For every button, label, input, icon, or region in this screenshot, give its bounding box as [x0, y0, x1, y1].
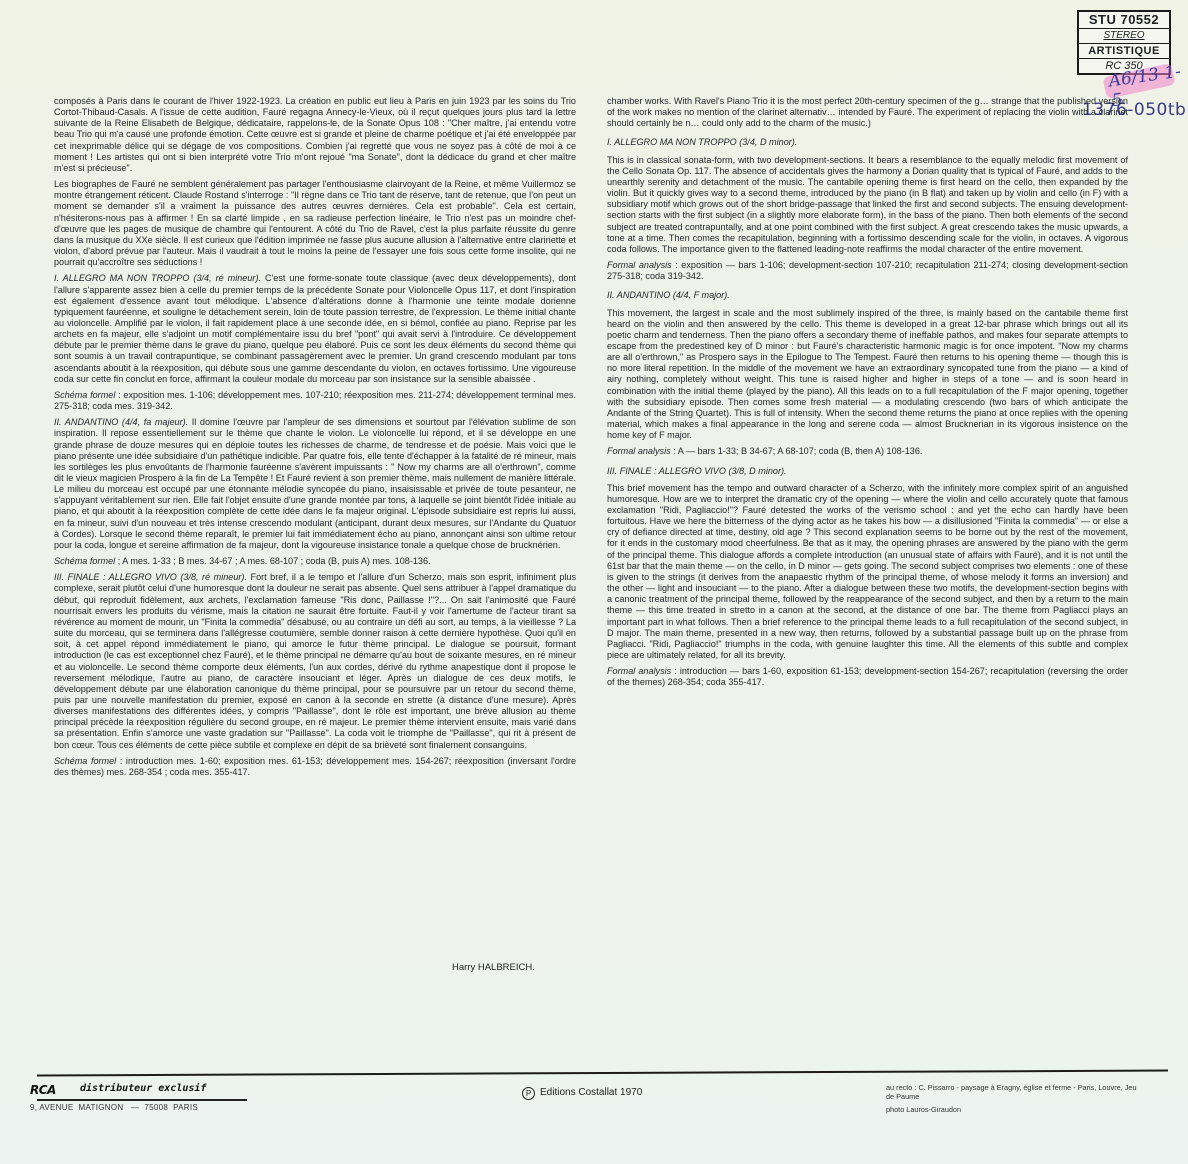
- formal-analysis: Formal analysis : exposition — bars 1-10…: [607, 260, 1128, 282]
- movement-text: This movement, the largest in scale and …: [607, 308, 1128, 442]
- schema-label: Schéma formel: [54, 556, 115, 566]
- movement-2-section: II. ANDANTINO (4/4, fa majeur). Il domin…: [54, 417, 576, 551]
- schema-label: Schéma formel: [54, 756, 116, 766]
- schema-text: : introduction mes. 1-60; exposition mes…: [54, 756, 576, 777]
- movement-text: This is in classical sonata-form, with t…: [607, 155, 1128, 255]
- series-label: ARTISTIQUE: [1079, 44, 1169, 59]
- analysis-label: Formal analysis: [607, 260, 672, 270]
- cover-credit: au recto : C. Pissarro - paysage à Eragn…: [886, 1083, 1146, 1101]
- movement-text: C'est une forme-sonate toute classique (…: [54, 273, 576, 383]
- copyright-notice: PEditions Costallat 1970: [522, 1087, 642, 1100]
- stereo-label: STEREO: [1079, 29, 1169, 44]
- movement-3-section: III. FINALE : ALLEGRO VIVO (3/8, ré mine…: [54, 572, 576, 751]
- movement-heading: II. ANDANTINO (4/4, F major).: [607, 290, 1128, 301]
- analysis-label: Formal analysis: [607, 446, 671, 456]
- analysis-text: : A — bars 1-33; B 34-67; A 68-107; coda…: [673, 446, 922, 456]
- movement-heading: I. ALLEGRO MA NON TROPPO (3/4, ré mineur…: [54, 273, 261, 283]
- movement-text: Il domine l'œuvre par l'ampleur de ses d…: [54, 417, 576, 550]
- liner-notes-english: chamber works. With Ravel's Piano Trio i…: [607, 96, 1128, 694]
- movement-1-section: I. ALLEGRO MA NON TROPPO (3/4, ré mineur…: [54, 273, 576, 385]
- analysis-text: : exposition — bars 1-106; development-s…: [607, 260, 1128, 281]
- formal-schema: Schéma formel : exposition mes. 1-106; d…: [54, 390, 576, 412]
- album-back-cover: STU 70552 STEREO ARTISTIQUE RC 350 A6/13…: [0, 0, 1188, 1164]
- analysis-text: : introduction — bars 1-60, exposition 6…: [607, 666, 1128, 687]
- liner-notes-french: composés à Paris dans le courant de l'hi…: [54, 96, 576, 783]
- photo-credit: photo Lauros-Giraudon: [886, 1105, 1146, 1114]
- movement-heading: II. ANDANTINO (4/4, fa majeur).: [54, 417, 188, 427]
- movement-heading: III. FINALE : ALLEGRO VIVO (3/8, ré mine…: [54, 572, 247, 582]
- schema-label: Schéma formel: [54, 390, 115, 400]
- distributor-label: distributeur exclusif: [80, 1083, 206, 1094]
- movement-heading: III. FINALE : ALLEGRO VIVO (3/8, D minor…: [607, 466, 1128, 477]
- schema-text: : exposition mes. 1-106; développement m…: [54, 390, 576, 411]
- formal-schema: Schéma formel : introduction mes. 1-60; …: [54, 756, 576, 778]
- movement-text: Fort bref, il a le tempo et l'allure d'u…: [54, 572, 576, 749]
- footer-divider: [37, 1070, 1168, 1077]
- formal-analysis: Formal analysis : A — bars 1-33; B 34-67…: [607, 446, 1128, 457]
- paragraph: Les biographes de Fauré ne semblent géné…: [54, 179, 576, 268]
- phonogram-copyright-icon: P: [522, 1087, 535, 1100]
- copyright-text: Editions Costallat 1970: [540, 1087, 642, 1098]
- movement-text: This brief movement has the tempo and ou…: [607, 483, 1128, 662]
- formal-analysis: Formal analysis : introduction — bars 1-…: [607, 666, 1128, 688]
- rca-logo: RCA: [30, 1083, 56, 1097]
- paragraph: composés à Paris dans le courant de l'hi…: [54, 96, 576, 174]
- catalog-number: STU 70552: [1079, 12, 1169, 29]
- image-credits: au recto : C. Pissarro - paysage à Eragn…: [886, 1083, 1146, 1118]
- author-signature: Harry HALBREICH.: [452, 962, 535, 973]
- formal-schema: Schéma formel ; A mes. 1-33 ; B mes. 34-…: [54, 556, 576, 567]
- analysis-label: Formal analysis: [607, 666, 671, 676]
- movement-heading: I. ALLEGRO MA NON TROPPO (3/4, D minor).: [607, 137, 1128, 148]
- distributor-address: 9, AVENUE MATIGNON — 75008 PARIS: [30, 1103, 198, 1112]
- distributor-underline: [37, 1099, 247, 1101]
- paragraph: chamber works. With Ravel's Piano Trio i…: [607, 96, 1128, 129]
- schema-text: ; A mes. 1-33 ; B mes. 34-67 ; A mes. 68…: [118, 556, 431, 566]
